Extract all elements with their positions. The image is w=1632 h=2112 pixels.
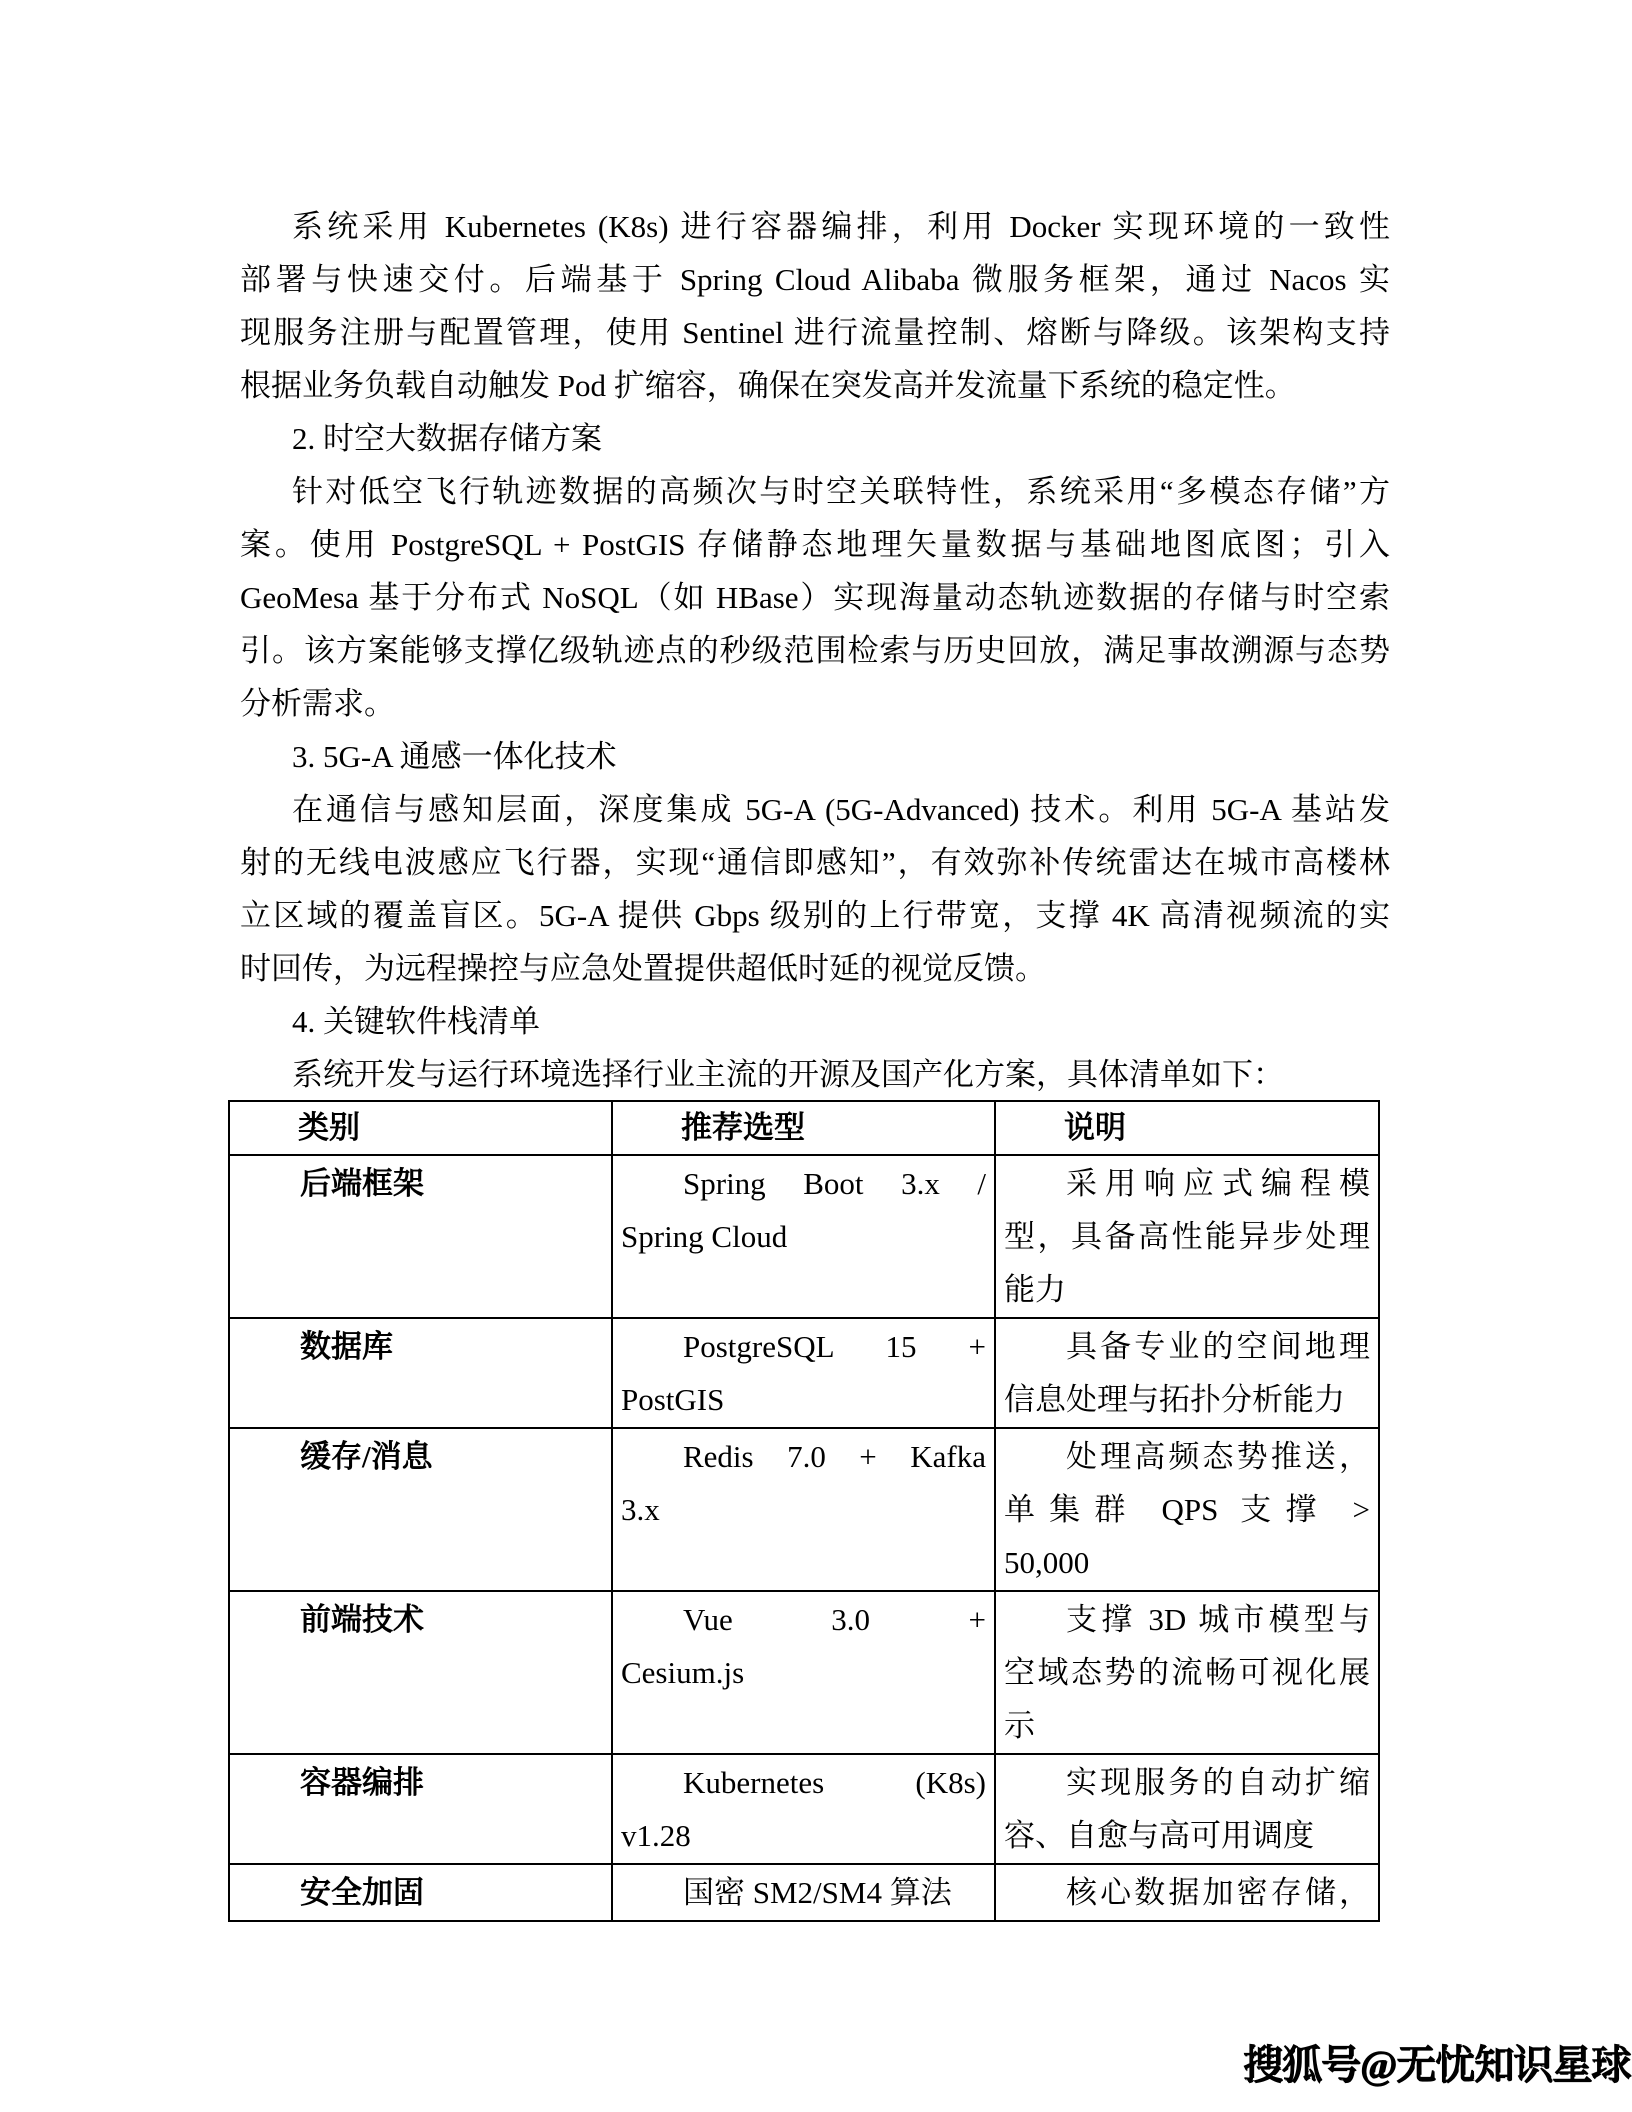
category-label: 前端技术: [238, 1593, 603, 1646]
text-line: 系统开发与运行环境选择行业主流的开源及国产化方案，具体清单如下：: [240, 1048, 1390, 1101]
text-line: 50,000: [1004, 1536, 1370, 1589]
text-line: 引。该方案能够支撑亿级轨迹点的秒级范围检索与历史回放，满足事故溯源与态势: [240, 624, 1390, 677]
category-cell: 数据库: [229, 1318, 612, 1428]
category-cell: 容器编排: [229, 1754, 612, 1864]
table-row: 前端技术 Vue 3.0 +Cesium.js 支撑 3D 城市模型与空域态势的…: [229, 1591, 1379, 1754]
text-line: 国密 SM2/SM4 算法: [621, 1866, 986, 1919]
category-label: 容器编排: [238, 1756, 603, 1809]
text-line: 系统采用 Kubernetes (K8s) 进行容器编排，利用 Docker 实…: [240, 200, 1390, 253]
text-line: Spring Cloud: [621, 1210, 986, 1263]
paragraph-5ga-technology: 在通信与感知层面，深度集成 5G-A (5G-Advanced) 技术。利用 5…: [240, 783, 1390, 995]
text-line: Spring Boot 3.x /: [621, 1157, 986, 1210]
selection-cell: Spring Boot 3.x /Spring Cloud: [612, 1155, 995, 1318]
text-line: 部署与快速交付。后端基于 Spring Cloud Alibaba 微服务框架，…: [240, 253, 1390, 306]
table-header-row: 类别 推荐选型 说明: [229, 1101, 1379, 1155]
description-cell: 支撑 3D 城市模型与空域态势的流畅可视化展示: [995, 1591, 1379, 1754]
document-body: 系统采用 Kubernetes (K8s) 进行容器编排，利用 Docker 实…: [240, 200, 1390, 1101]
table-row: 后端框架 Spring Boot 3.x /Spring Cloud 采用响应式…: [229, 1155, 1379, 1318]
text-line: 案。使用 PostgreSQL + PostGIS 存储静态地理矢量数据与基础地…: [240, 518, 1390, 571]
text-line: 立区域的覆盖盲区。5G-A 提供 Gbps 级别的上行带宽，支撑 4K 高清视频…: [240, 889, 1390, 942]
text-line: 分析需求。: [240, 677, 1390, 730]
text-line: 信息处理与拓扑分析能力: [1004, 1373, 1370, 1426]
table-row: 安全加固 国密 SM2/SM4 算法 核心数据加密存储，: [229, 1864, 1379, 1921]
text-line: 单集群 QPS 支撑 >: [1004, 1483, 1370, 1536]
description-cell: 实现服务的自动扩缩容、自愈与高可用调度: [995, 1754, 1379, 1864]
selection-cell: Redis 7.0 + Kafka3.x: [612, 1428, 995, 1591]
selection-cell: 国密 SM2/SM4 算法: [612, 1864, 995, 1921]
text-line: 在通信与感知层面，深度集成 5G-A (5G-Advanced) 技术。利用 5…: [240, 783, 1390, 836]
description-cell: 具备专业的空间地理信息处理与拓扑分析能力: [995, 1318, 1379, 1428]
text-line: 射的无线电波感应飞行器，实现“通信即感知”，有效弥补传统雷达在城市高楼林: [240, 836, 1390, 889]
text-line: v1.28: [621, 1809, 986, 1862]
header-selection: 推荐选型: [612, 1101, 995, 1155]
category-label: 数据库: [238, 1320, 603, 1373]
selection-cell: Kubernetes (K8s)v1.28: [612, 1754, 995, 1864]
text-line: 示: [1004, 1699, 1370, 1752]
text-line: 根据业务负载自动触发 Pod 扩缩容，确保在突发高并发流量下系统的稳定性。: [240, 359, 1390, 412]
category-label: 后端框架: [238, 1157, 603, 1210]
header-description: 说明: [995, 1101, 1379, 1155]
paragraph-container-orchestration: 系统采用 Kubernetes (K8s) 进行容器编排，利用 Docker 实…: [240, 200, 1390, 412]
watermark: 搜狐号@无忧知识星球: [1243, 2033, 1630, 2090]
text-line: 处理高频态势推送，: [1004, 1430, 1370, 1483]
text-line: 具备专业的空间地理: [1004, 1320, 1370, 1373]
table-row: 数据库 PostgreSQL 15 +PostGIS 具备专业的空间地理信息处理…: [229, 1318, 1379, 1428]
heading-spatiotemporal-storage: 2. 时空大数据存储方案: [240, 412, 1390, 465]
heading-5ga-sensing: 3. 5G-A 通感一体化技术: [240, 730, 1390, 783]
table-row: 容器编排 Kubernetes (K8s)v1.28 实现服务的自动扩缩容、自愈…: [229, 1754, 1379, 1864]
category-label: 缓存/消息: [238, 1430, 603, 1483]
document-page: 系统采用 Kubernetes (K8s) 进行容器编排，利用 Docker 实…: [0, 0, 1632, 2112]
paragraph-storage-scheme: 针对低空飞行轨迹数据的高频次与时空关联特性，系统采用“多模态存储”方案。使用 P…: [240, 465, 1390, 730]
text-line: 时回传，为远程操控与应急处置提供超低时延的视觉反馈。: [240, 942, 1390, 995]
selection-cell: Vue 3.0 +Cesium.js: [612, 1591, 995, 1754]
text-line: 空域态势的流畅可视化展: [1004, 1646, 1370, 1699]
text-line: Vue 3.0 +: [621, 1593, 986, 1646]
text-line: PostgreSQL 15 +: [621, 1320, 986, 1373]
table-row: 缓存/消息 Redis 7.0 + Kafka3.x 处理高频态势推送，单集群 …: [229, 1428, 1379, 1591]
description-cell: 处理高频态势推送，单集群 QPS 支撑 >50,000: [995, 1428, 1379, 1591]
text-line: 能力: [1004, 1263, 1370, 1316]
text-line: 容、自愈与高可用调度: [1004, 1809, 1370, 1862]
text-line: 支撑 3D 城市模型与: [1004, 1593, 1370, 1646]
category-cell: 安全加固: [229, 1864, 612, 1921]
text-line: 针对低空飞行轨迹数据的高频次与时空关联特性，系统采用“多模态存储”方: [240, 465, 1390, 518]
text-line: 现服务注册与配置管理，使用 Sentinel 进行流量控制、熔断与降级。该架构支…: [240, 306, 1390, 359]
text-line: PostGIS: [621, 1373, 986, 1426]
category-cell: 前端技术: [229, 1591, 612, 1754]
description-cell: 采用响应式编程模型，具备高性能异步处理能力: [995, 1155, 1379, 1318]
category-cell: 后端框架: [229, 1155, 612, 1318]
text-line: 实现服务的自动扩缩: [1004, 1756, 1370, 1809]
text-line: 型，具备高性能异步处理: [1004, 1210, 1370, 1263]
text-line: 3.x: [621, 1483, 986, 1536]
text-line: GeoMesa 基于分布式 NoSQL（如 HBase）实现海量动态轨迹数据的存…: [240, 571, 1390, 624]
header-category: 类别: [229, 1101, 612, 1155]
description-cell: 核心数据加密存储，: [995, 1864, 1379, 1921]
text-line: 采用响应式编程模: [1004, 1157, 1370, 1210]
text-line: Cesium.js: [621, 1646, 986, 1699]
text-line: Redis 7.0 + Kafka: [621, 1430, 986, 1483]
text-line: Kubernetes (K8s): [621, 1756, 986, 1809]
heading-software-stack: 4. 关键软件栈清单: [240, 995, 1390, 1048]
category-label: 安全加固: [238, 1866, 603, 1919]
software-stack-table: 类别 推荐选型 说明 后端框架 Spring Boot 3.x /Spring …: [228, 1100, 1380, 1922]
paragraph-stack-intro: 系统开发与运行环境选择行业主流的开源及国产化方案，具体清单如下：: [240, 1048, 1390, 1101]
category-cell: 缓存/消息: [229, 1428, 612, 1591]
text-line: 核心数据加密存储，: [1004, 1866, 1370, 1919]
selection-cell: PostgreSQL 15 +PostGIS: [612, 1318, 995, 1428]
